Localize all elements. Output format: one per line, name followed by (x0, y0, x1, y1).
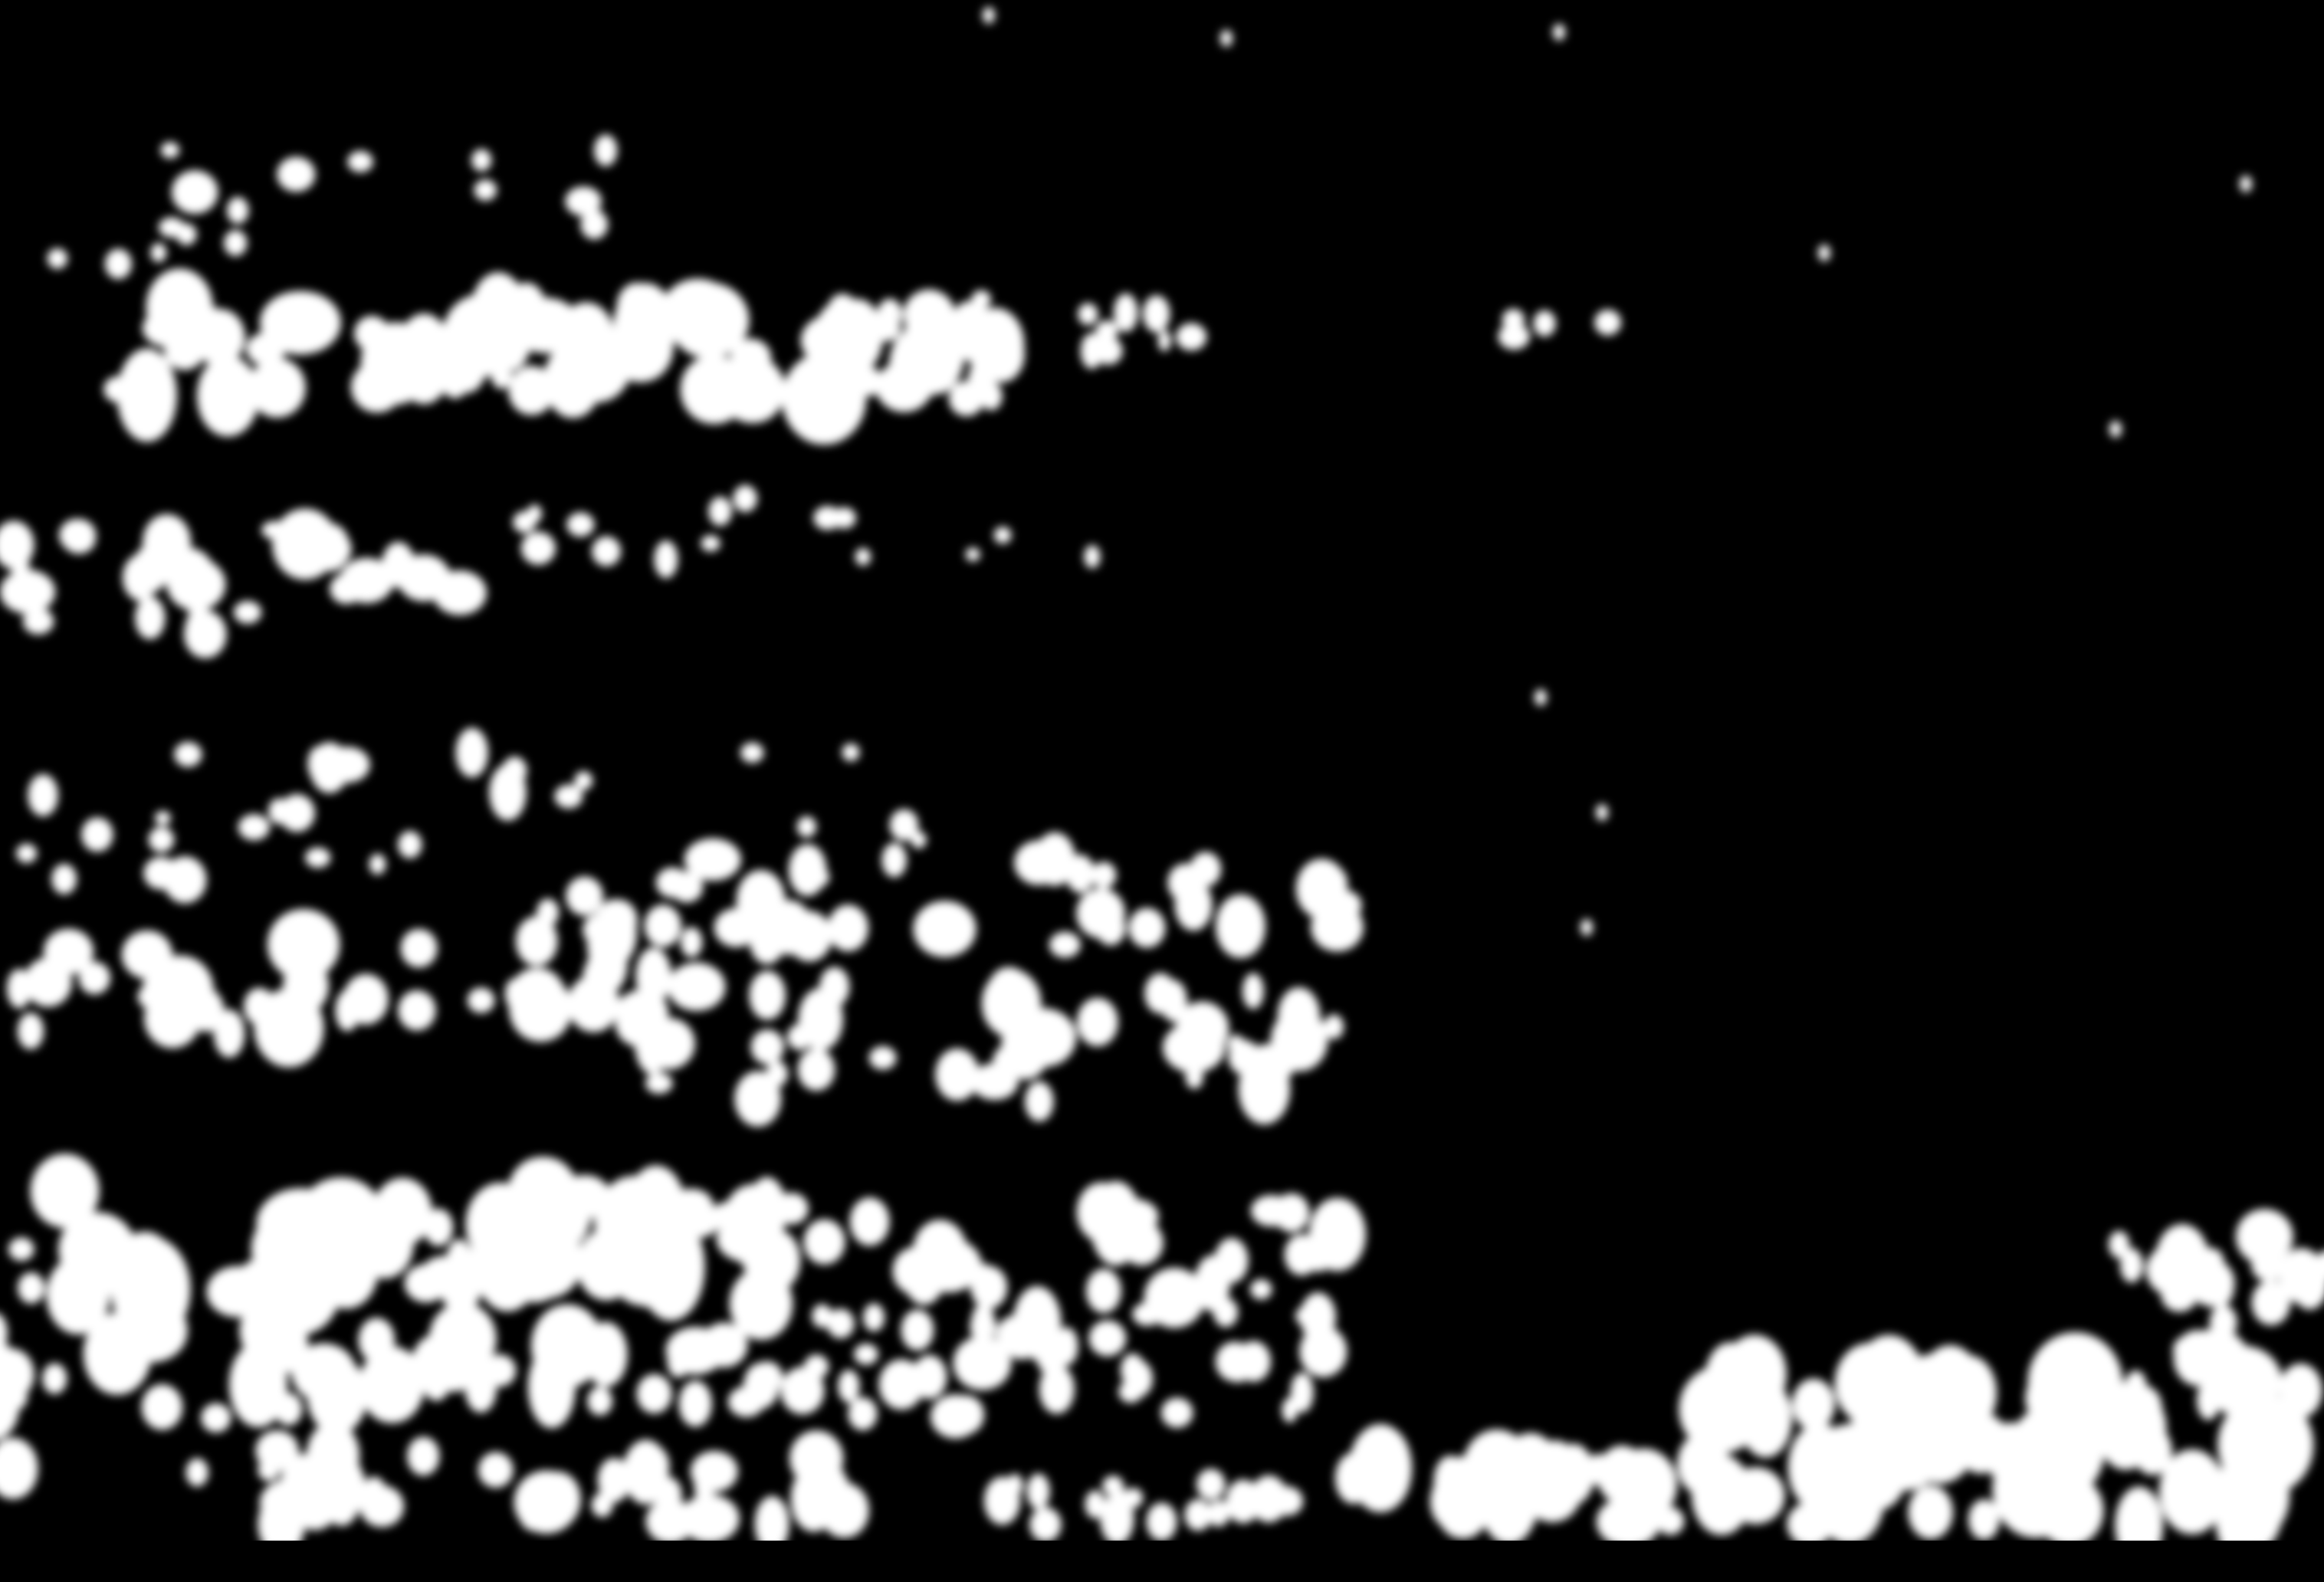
mask-blob (149, 827, 174, 852)
mask-blob (1095, 336, 1123, 364)
mask-blob (305, 848, 330, 868)
mask-speck (2240, 176, 2252, 192)
mask-blob (1084, 545, 1100, 568)
mask-blob (842, 743, 860, 761)
mask-blob (568, 975, 620, 1032)
mask-blob (701, 1322, 748, 1367)
mask-blob (1189, 1047, 1207, 1068)
mask-blob (1114, 294, 1137, 333)
mask-blob (1244, 1044, 1295, 1084)
mask-blob (879, 1360, 924, 1410)
mask-blob (234, 601, 261, 624)
mask-blob (144, 989, 201, 1048)
mask-blob (1175, 879, 1213, 930)
mask-blob (2279, 1364, 2322, 1418)
mask-blob (2173, 1336, 2202, 1365)
mask-blob (227, 197, 248, 224)
mask-blob (81, 817, 113, 852)
mask-blob (1932, 1352, 1984, 1416)
mask-blob (1001, 1014, 1051, 1080)
mask-blob (502, 757, 527, 784)
mask-blob (172, 170, 218, 214)
mask-blob (1216, 1341, 1254, 1381)
mask-blob (18, 1272, 44, 1304)
mask-blob (668, 1346, 690, 1377)
mask-blob (994, 527, 1012, 543)
mask-blob (655, 540, 678, 578)
mask-blob (911, 1315, 932, 1337)
mask-blob (832, 507, 856, 529)
mask-blob (407, 1436, 439, 1475)
mask-blob (645, 904, 681, 947)
mask-blob (1077, 998, 1118, 1046)
mask-blob (1295, 1307, 1316, 1326)
mask-blob (16, 844, 37, 863)
mask-blob (1091, 862, 1117, 888)
mask-blob (8, 1238, 34, 1261)
mask-blob (1147, 1502, 1177, 1541)
mask-blob (828, 904, 868, 951)
mask-blob (799, 866, 829, 888)
mask-blob (1282, 1398, 1298, 1423)
mask-blob (2196, 1248, 2224, 1275)
mask-blob (829, 294, 857, 323)
mask-blob (797, 816, 816, 837)
mask-blob (566, 513, 594, 537)
mask-blob (361, 322, 432, 404)
mask-blob (522, 539, 542, 561)
mask-blob (51, 864, 77, 894)
mask-blob (637, 1374, 672, 1414)
mask-blob (1489, 1452, 1510, 1481)
mask-blob (1216, 894, 1265, 958)
mask-blob (566, 877, 603, 916)
mask-blob (1788, 1423, 1852, 1511)
mask-blob (446, 1239, 472, 1284)
mask-blob (105, 249, 132, 280)
mask-blob (1027, 1474, 1050, 1510)
mask-blob (508, 366, 555, 415)
mask-blob (186, 1459, 208, 1487)
mask-blob (1908, 1485, 1953, 1539)
mask-blob (1299, 1326, 1347, 1377)
mask-blob (359, 1318, 396, 1362)
mask-blob (803, 1219, 845, 1265)
mask-blob (142, 1384, 183, 1430)
mask-blob (122, 930, 172, 979)
mask-blob (2125, 1370, 2147, 1401)
mask-blob (2197, 1380, 2220, 1420)
mask-blob (882, 843, 907, 878)
mask-blob (913, 1219, 967, 1282)
mask-blob (838, 1370, 859, 1403)
mask-blob (283, 959, 329, 1013)
mask-blob (2133, 1426, 2172, 1475)
mask-blob (933, 340, 952, 355)
bottom-black-strip (0, 1541, 2324, 1582)
mask-blob (151, 243, 167, 262)
mask-blob (863, 1304, 885, 1332)
mask-blob (304, 518, 333, 546)
mask-blob (1176, 323, 1206, 351)
mask-blob (1039, 1364, 1075, 1414)
mask-blob (966, 547, 980, 561)
mask-blob (1349, 1424, 1412, 1512)
mask-blob (398, 990, 435, 1031)
mask-blob (1700, 1379, 1749, 1433)
mask-blob (260, 291, 341, 355)
mask-blob (258, 1459, 280, 1482)
mask-blob (307, 1422, 360, 1489)
mask-blob (176, 224, 197, 245)
mask-blob (1213, 1298, 1238, 1327)
mask-blob (398, 831, 422, 858)
mask-blob (433, 570, 487, 615)
mask-blob (1089, 1321, 1127, 1357)
mask-blob (1534, 310, 1556, 336)
mask-blob (1325, 890, 1361, 921)
mask-blob (422, 1364, 450, 1401)
mask-blob (135, 596, 165, 639)
mask-blob (214, 1009, 245, 1058)
mask-blob (890, 809, 918, 841)
mask-blob (587, 1387, 612, 1416)
mask-speck (1596, 804, 1608, 821)
mask-blob (1970, 1416, 2008, 1472)
mask-blob (679, 1380, 712, 1426)
mask-blob (2025, 1377, 2050, 1419)
mask-blob (635, 947, 671, 1005)
mask-blob (471, 149, 491, 172)
mask-blob (749, 971, 786, 1020)
mask-blob (274, 1393, 302, 1426)
mask-blob (670, 1232, 694, 1262)
mask-blob (48, 248, 67, 269)
mask-blob (1304, 1242, 1333, 1272)
mask-blob (1025, 1081, 1054, 1122)
mask-blob (1078, 304, 1098, 326)
mask-blob (576, 1229, 636, 1300)
mask-blob (850, 1197, 890, 1246)
mask-blob (829, 323, 863, 362)
mask-blob (878, 299, 903, 330)
mask-blob (941, 310, 955, 331)
mask-blob (680, 355, 748, 424)
mask-blob (827, 1309, 855, 1339)
mask-blob (750, 919, 785, 964)
mask-blob (335, 990, 359, 1032)
mask-blob (804, 1354, 829, 1378)
mask-blob (691, 1451, 738, 1492)
mask-blob (1502, 1433, 1559, 1505)
mask-blob (635, 1013, 669, 1074)
mask-blob (174, 742, 202, 767)
mask-blob (155, 811, 171, 825)
mask-blob (816, 1437, 836, 1462)
mask-speck (2109, 421, 2122, 438)
mask-blob (751, 1029, 784, 1065)
mask-blob (465, 1183, 535, 1267)
mask-blob (1594, 310, 1621, 336)
mask-blob (401, 929, 438, 967)
mask-speck (1581, 919, 1593, 936)
mask-blob (598, 1458, 631, 1502)
mask-blob (1242, 973, 1264, 1009)
mask-blob (574, 771, 592, 790)
mask-blob (340, 558, 394, 603)
mask-blob (59, 519, 96, 552)
mask-blob (184, 610, 227, 658)
mask-blob (668, 282, 749, 358)
mask-blob (992, 336, 1018, 363)
mask-blob (2278, 1248, 2324, 1303)
mask-blob (1096, 910, 1126, 945)
mask-blob (1196, 1469, 1226, 1500)
mask-blob (1029, 1508, 1061, 1541)
mask-blob (277, 157, 315, 192)
mask-speck (1220, 30, 1233, 47)
mask-blob (592, 537, 621, 566)
mask-speck (1553, 24, 1565, 41)
mask-blob (1249, 1475, 1288, 1523)
mask-blob (2210, 1305, 2237, 1340)
mask-blob (171, 300, 197, 339)
mask-blob (905, 318, 933, 357)
mask-blob (484, 1354, 516, 1387)
mask-blob (623, 1439, 669, 1505)
mask-blob (2236, 1209, 2293, 1265)
mask-blob (160, 547, 213, 593)
mask-blob (740, 743, 763, 763)
mask-blob (310, 742, 349, 793)
mask-blob (509, 976, 572, 1042)
mask-blob (516, 916, 558, 966)
mask-blob (432, 336, 478, 393)
mask-blob (581, 210, 609, 240)
mask-blob (1129, 908, 1166, 948)
mask-blob (684, 839, 741, 881)
mask-blob (25, 957, 72, 1006)
mask-blob (1090, 1181, 1141, 1265)
mask-blob (708, 497, 731, 526)
mask-blob (18, 1013, 44, 1049)
mask-blob (31, 1154, 100, 1228)
mask-blob (117, 349, 177, 442)
mask-blob (534, 1472, 581, 1528)
mask-blob (854, 1344, 878, 1365)
mask-blob (953, 1336, 1011, 1390)
mask-blob (1848, 1429, 1908, 1510)
mask-blob (734, 485, 757, 512)
mask-blob (970, 1266, 1007, 1309)
mask-blob (1438, 1483, 1476, 1538)
mask-blob (238, 814, 270, 840)
mask-blob (240, 1300, 290, 1361)
mask-blob (876, 361, 933, 412)
mask-blob (1049, 932, 1081, 958)
mask-blob (1144, 973, 1176, 1013)
mask-blob (1228, 1035, 1245, 1054)
mask-blob (97, 1328, 116, 1351)
mask-blob (668, 963, 726, 1011)
mask-blob (513, 511, 536, 533)
mask-speck (1818, 245, 1830, 261)
mask-blob (798, 1049, 835, 1091)
mask-blob (766, 1061, 788, 1086)
mask-blob (1066, 855, 1095, 893)
mask-blob (645, 1072, 672, 1094)
mask-blob (1119, 1380, 1143, 1403)
mask-blob (291, 1484, 337, 1531)
mask-blob (268, 799, 289, 825)
mask-blob (1502, 309, 1525, 330)
mask-blob (1274, 1193, 1310, 1232)
mask-blob (954, 301, 990, 332)
mask-blob (701, 535, 721, 551)
mask-blob (681, 927, 702, 957)
mask-blob (1610, 1449, 1677, 1521)
mask-blob (949, 381, 984, 416)
mask-blob (369, 854, 386, 875)
mask-blob (935, 1049, 979, 1101)
mask-blob (201, 1403, 231, 1433)
mask-blob (1086, 1269, 1121, 1313)
mask-blob (747, 1177, 787, 1246)
mask-blob (798, 988, 843, 1051)
mask-blob (594, 134, 617, 166)
mask-blob (2203, 1271, 2234, 1308)
mask-blob (809, 1464, 850, 1528)
mask-blob (1158, 330, 1171, 351)
mask-blob (2109, 1231, 2129, 1259)
mask-blob (287, 1235, 316, 1272)
mask-blob (1727, 1467, 1785, 1524)
mask-blob (1792, 1379, 1835, 1431)
mask-blob (869, 1046, 896, 1069)
mask-blob (42, 1364, 67, 1394)
mask-blob (1110, 1490, 1134, 1510)
mask-speck (983, 7, 995, 24)
mask-blob (947, 1395, 984, 1434)
mask-blob (913, 901, 976, 957)
mask-blob (84, 1312, 152, 1394)
mask-blob (347, 151, 373, 172)
mask-blob (468, 987, 495, 1013)
mask-blob (224, 230, 247, 256)
mask-blob (532, 1386, 562, 1420)
mask-blob (163, 856, 206, 903)
mask-blob (161, 142, 179, 158)
mask-blob (1161, 1397, 1193, 1427)
mask-blob (317, 1201, 354, 1246)
mask-blob (197, 356, 259, 437)
mask-blob (474, 179, 497, 201)
mask-blob (1143, 295, 1170, 333)
mask-blob (0, 569, 55, 614)
mask-blob (1007, 1474, 1023, 1496)
mask-blob (1207, 1500, 1229, 1527)
mask-blob (752, 1361, 783, 1393)
mask-blob (456, 728, 488, 778)
mask-blob (28, 774, 57, 816)
mask-blob (23, 608, 54, 634)
mask-blob (478, 1452, 514, 1488)
mask-blob (849, 1397, 878, 1430)
mask-blob (1250, 1279, 1272, 1300)
mask-blob (855, 548, 871, 566)
segmentation-mask (0, 0, 2324, 1541)
mask-blob (1587, 1454, 1610, 1485)
mask-blob (531, 1305, 603, 1388)
mask-blob (1324, 1014, 1344, 1039)
mask-blob (853, 1495, 867, 1516)
mask-blob (123, 554, 158, 600)
mask-speck (1535, 689, 1547, 706)
